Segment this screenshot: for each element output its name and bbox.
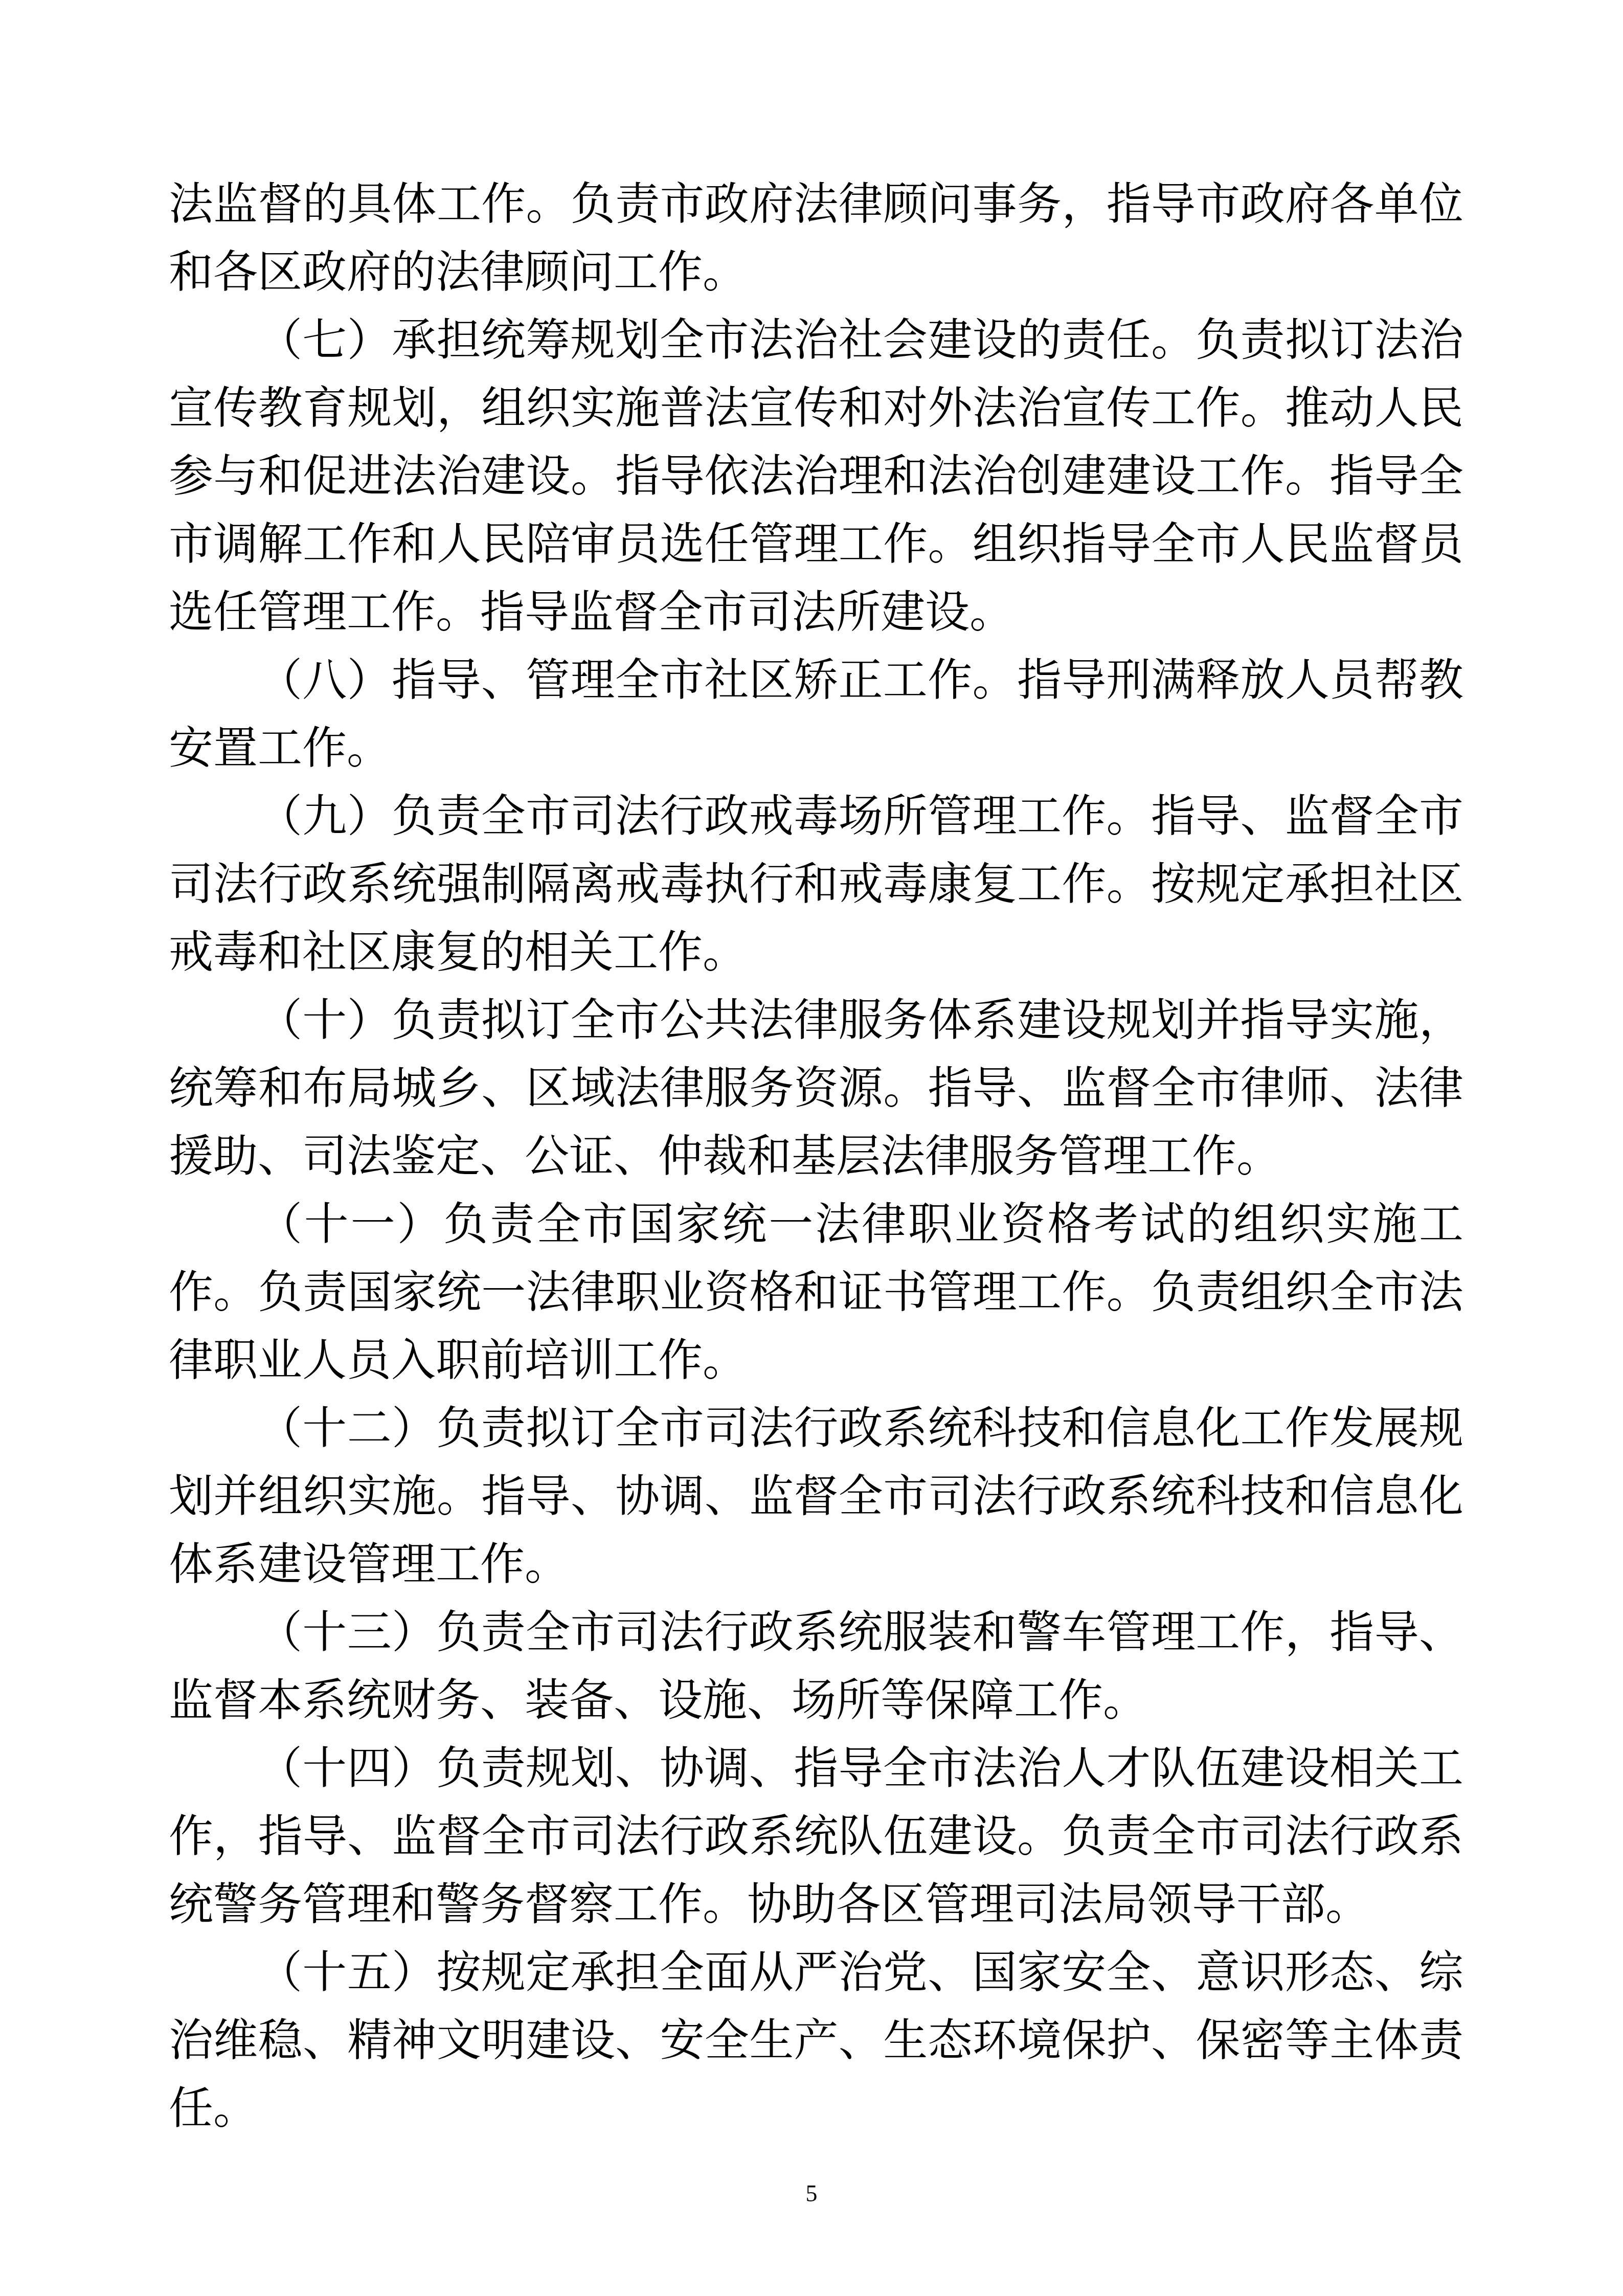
text-paragraph: （十三）负责全市司法行政系统服装和警车管理工作，指导、监督本系统财务、装备、设施… (169, 1599, 1463, 1735)
text-paragraph: （十二）负责拟订全市司法行政系统科技和信息化工作发展规划并组织实施。指导、协调、… (169, 1394, 1463, 1599)
text-paragraph: （九）负责全市司法行政戒毒场所管理工作。指导、监督全市司法行政系统强制隔离戒毒执… (169, 782, 1463, 986)
document-body: 法监督的具体工作。负责市政府法律顾问事务，指导市政府各单位和各区政府的法律顾问工… (169, 170, 1463, 2143)
text-paragraph: （十一）负责全市国家统一法律职业资格考试的组织实施工作。负责国家统一法律职业资格… (169, 1190, 1463, 1394)
document-page: 法监督的具体工作。负责市政府法律顾问事务，指导市政府各单位和各区政府的法律顾问工… (0, 0, 1623, 2296)
text-paragraph: 法监督的具体工作。负责市政府法律顾问事务，指导市政府各单位和各区政府的法律顾问工… (169, 170, 1463, 306)
page-number: 5 (0, 2179, 1623, 2208)
text-paragraph: （八）指导、管理全市社区矫正工作。指导刑满释放人员帮教安置工作。 (169, 646, 1463, 782)
text-paragraph: （七）承担统筹规划全市法治社会建设的责任。负责拟订法治宣传教育规划，组织实施普法… (169, 306, 1463, 646)
text-paragraph: （十四）负责规划、协调、指导全市法治人才队伍建设相关工作，指导、监督全市司法行政… (169, 1735, 1463, 1939)
text-paragraph: （十）负责拟订全市公共法律服务体系建设规划并指导实施，统筹和布局城乡、区域法律服… (169, 986, 1463, 1190)
text-paragraph: （十五）按规定承担全面从严治党、国家安全、意识形态、综治维稳、精神文明建设、安全… (169, 1939, 1463, 2143)
